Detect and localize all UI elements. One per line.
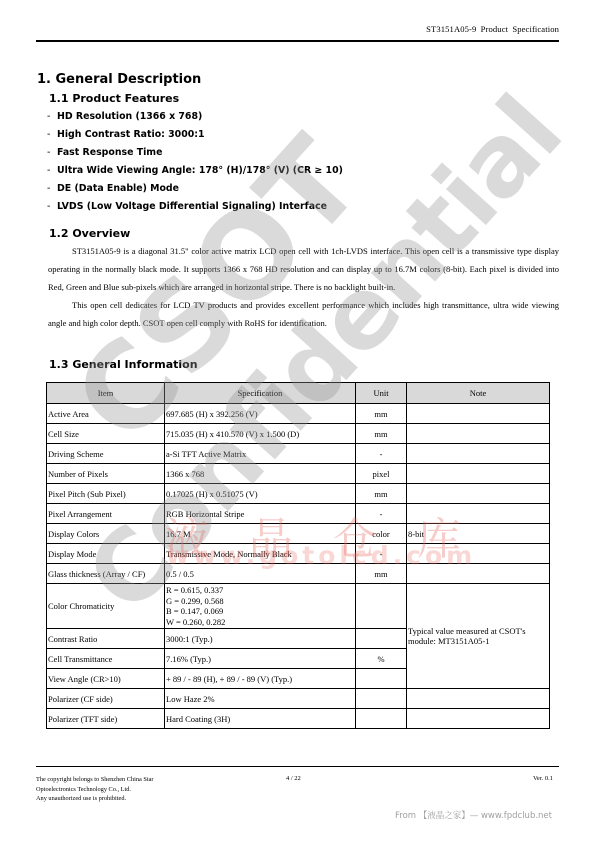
- cell-item: Number of Pixels: [47, 464, 165, 484]
- cell-spec: 697.685 (H) x 392.256 (V): [165, 404, 356, 424]
- table-row: Cell Size715.035 (H) x 410.570 (V) x 1.5…: [47, 424, 550, 444]
- cell-unit: pixel: [356, 464, 407, 484]
- cell-spec: Low Haze 2%: [165, 689, 356, 709]
- cell-spec: RGB Horizontal Stripe: [165, 504, 356, 524]
- cell-unit: [356, 629, 407, 649]
- cell-item: Polarizer (CF side): [47, 689, 165, 709]
- cell-item: Display Mode: [47, 544, 165, 564]
- feature-list: -HD Resolution (1366 x 768) -High Contra…: [47, 110, 343, 218]
- cell-item: Color Chromaticity: [47, 584, 165, 629]
- cell-spec: 3000:1 (Typ.): [165, 629, 356, 649]
- column-header: Note: [407, 383, 550, 404]
- cell-spec: + 89 / - 89 (H), + 89 / - 89 (V) (Typ.): [165, 669, 356, 689]
- table-row: Pixel ArrangementRGB Horizontal Stripe-: [47, 504, 550, 524]
- overview-paragraph: ST3151A05-9 is a diagonal 31.5" color ac…: [48, 242, 559, 296]
- cell-spec: 0.5 / 0.5: [165, 564, 356, 584]
- source-note: From 【液晶之家】— www.fpdclub.net: [395, 809, 552, 821]
- cell-item: View Angle (CR>10): [47, 669, 165, 689]
- cell-unit: [356, 709, 407, 729]
- cell-item: Display Colors: [47, 524, 165, 544]
- cell-unit: [356, 584, 407, 629]
- cell-unit: mm: [356, 484, 407, 504]
- running-header: ST3151A05-9 Product Specification: [426, 24, 559, 34]
- overview-text: ST3151A05-9 is a diagonal 31.5" color ac…: [48, 242, 559, 332]
- cell-item: Active Area: [47, 404, 165, 424]
- cell-note: [407, 404, 550, 424]
- column-header: Item: [47, 383, 165, 404]
- cell-spec: 0.17025 (H) x 0.51075 (V): [165, 484, 356, 504]
- list-item: -High Contrast Ratio: 3000:1: [47, 128, 343, 146]
- cell-unit: -: [356, 444, 407, 464]
- table-row: Polarizer (CF side)Low Haze 2%: [47, 689, 550, 709]
- cell-note: [407, 689, 550, 709]
- table-row: Glass thickness (Array / CF)0.5 / 0.5mm: [47, 564, 550, 584]
- table-row: Pixel Pitch (Sub Pixel)0.17025 (H) x 0.5…: [47, 484, 550, 504]
- cell-item: Contrast Ratio: [47, 629, 165, 649]
- cell-item: Pixel Arrangement: [47, 504, 165, 524]
- table-row: Display Colors16.7 Mcolor8-bit: [47, 524, 550, 544]
- cell-note: [407, 484, 550, 504]
- cell-unit: -: [356, 504, 407, 524]
- cell-note: [407, 709, 550, 729]
- table-row: Color ChromaticityR = 0.615, 0.337G = 0.…: [47, 584, 550, 629]
- column-header: Unit: [356, 383, 407, 404]
- cell-item: Pixel Pitch (Sub Pixel): [47, 484, 165, 504]
- cell-spec: 7.16% (Typ.): [165, 649, 356, 669]
- cell-note: [407, 464, 550, 484]
- table-row: Number of Pixels1366 x 768pixel: [47, 464, 550, 484]
- table-row: Polarizer (TFT side)Hard Coating (3H): [47, 709, 550, 729]
- page-number: 4 / 22: [286, 775, 301, 782]
- version-label: Ver. 0.1: [533, 775, 553, 782]
- cell-note: [407, 504, 550, 524]
- cell-spec: 16.7 M: [165, 524, 356, 544]
- cell-spec: R = 0.615, 0.337G = 0.299, 0.568B = 0.14…: [165, 584, 356, 629]
- overview-heading: 1.2 Overview: [49, 227, 130, 240]
- cell-spec: Transmissive Mode, Normally Black: [165, 544, 356, 564]
- list-item: -Fast Response Time: [47, 146, 343, 164]
- table-header-row: Item Specification Unit Note: [47, 383, 550, 404]
- cell-unit: mm: [356, 564, 407, 584]
- cell-item: Driving Scheme: [47, 444, 165, 464]
- cell-unit: %: [356, 649, 407, 669]
- overview-paragraph: This open cell dedicates for LCD TV prod…: [48, 296, 559, 332]
- general-info-table: Item Specification Unit Note Active Area…: [46, 382, 550, 729]
- list-item: -DE (Data Enable) Mode: [47, 182, 343, 200]
- cell-note: [407, 424, 550, 444]
- cell-unit: mm: [356, 424, 407, 444]
- list-item: -LVDS (Low Voltage Differential Signalin…: [47, 200, 343, 218]
- cell-note: [407, 564, 550, 584]
- cell-spec: 1366 x 768: [165, 464, 356, 484]
- footer-rule: [36, 766, 559, 767]
- cell-item: Polarizer (TFT side): [47, 709, 165, 729]
- cell-unit: [356, 669, 407, 689]
- cell-unit: [356, 689, 407, 709]
- cell-item: Glass thickness (Array / CF): [47, 564, 165, 584]
- cell-item: Cell Transmittance: [47, 649, 165, 669]
- cell-spec: Hard Coating (3H): [165, 709, 356, 729]
- section-title: 1. General Description: [37, 72, 201, 87]
- column-header: Specification: [165, 383, 356, 404]
- cell-spec: 715.035 (H) x 410.570 (V) x 1.500 (D): [165, 424, 356, 444]
- table-row: Display ModeTransmissive Mode, Normally …: [47, 544, 550, 564]
- cell-unit: mm: [356, 404, 407, 424]
- list-item: -Ultra Wide Viewing Angle: 178° (H)/178°…: [47, 164, 343, 182]
- footer-copyright: The copyright belongs to Shenzhen China …: [36, 775, 154, 804]
- cell-note: [407, 444, 550, 464]
- cell-note: [407, 544, 550, 564]
- list-item: -HD Resolution (1366 x 768): [47, 110, 343, 128]
- cell-unit: -: [356, 544, 407, 564]
- features-heading: 1.1 Product Features: [49, 92, 179, 105]
- general-info-heading: 1.3 General Information: [49, 358, 198, 371]
- cell-unit: color: [356, 524, 407, 544]
- cell-note: Typical value measured at CSOT's module:…: [407, 584, 550, 689]
- cell-item: Cell Size: [47, 424, 165, 444]
- table-row: Driving Schemea-Si TFT Active Matrix-: [47, 444, 550, 464]
- cell-note: 8-bit: [407, 524, 550, 544]
- cell-spec: a-Si TFT Active Matrix: [165, 444, 356, 464]
- table-row: Active Area697.685 (H) x 392.256 (V)mm: [47, 404, 550, 424]
- header-rule: [36, 40, 559, 42]
